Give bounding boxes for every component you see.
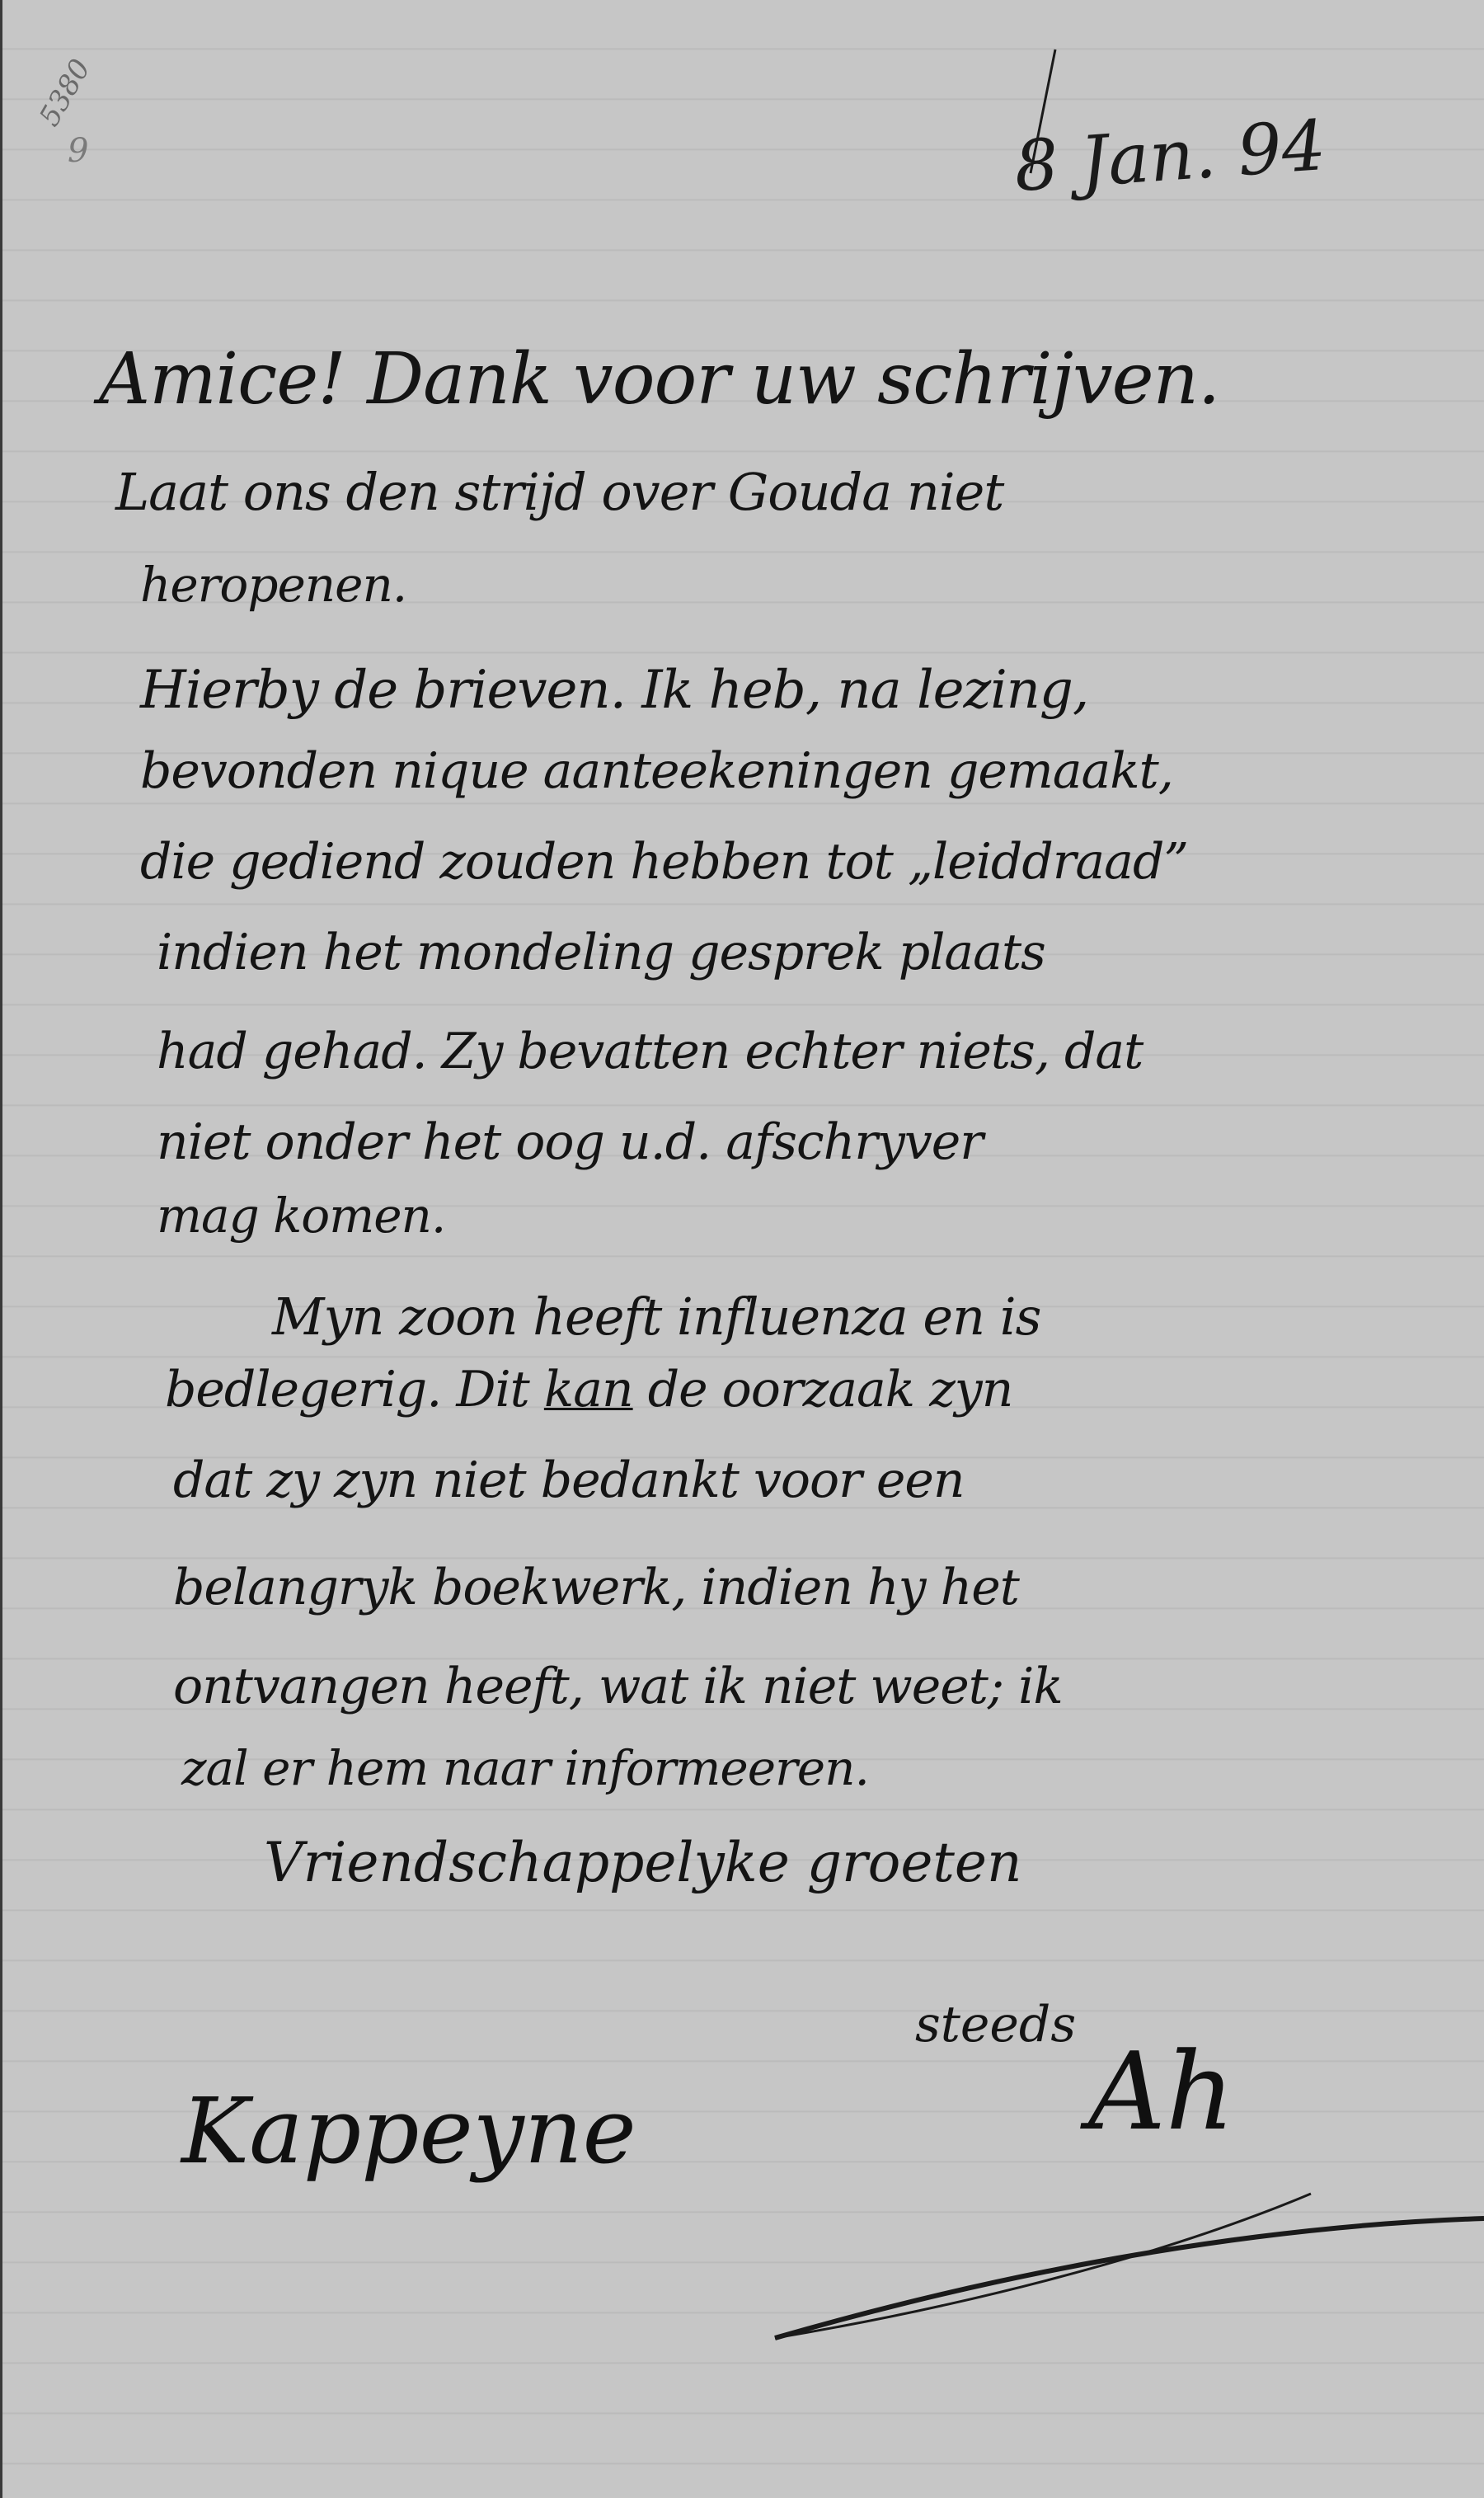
- letter-page: 5380 9 8 Jan. 94 Amice! Dank voor uw sch…: [0, 0, 1484, 2498]
- body-line: niet onder het oog u.d. afschryver: [157, 1113, 983, 1171]
- body-line: indien het mondeling gesprek plaats: [157, 924, 1045, 981]
- body-text: bedlegerig. Dit: [165, 1361, 544, 1418]
- body-line: ontvangen heeft, wat ik niet weet; ik: [173, 1658, 1063, 1715]
- body-line: Myn zoon heeft influenza en is: [272, 1287, 1040, 1347]
- page-edge: [0, 0, 2, 2498]
- letter-date: 8 Jan. 94: [1012, 105, 1328, 207]
- body-line: mag komen.: [157, 1188, 445, 1244]
- underlined-word: kan: [544, 1361, 633, 1418]
- archive-subnumber: 9: [68, 132, 88, 170]
- closing-greeting: Vriendschappelyke groeten: [264, 1831, 1022, 1894]
- archive-number: 5380: [33, 54, 97, 132]
- body-text: de oorzaak zyn: [633, 1361, 1013, 1418]
- body-line: zal er hem naar informeeren.: [181, 1740, 869, 1796]
- body-line: Hierby de brieven. Ik heb, na lezing,: [140, 660, 1088, 721]
- body-line: bevonden nique aanteekeningen gemaakt,: [140, 742, 1173, 800]
- body-line: heropenen.: [140, 557, 406, 613]
- signature-left: Kappeyne: [181, 2078, 636, 2184]
- body-line: had gehad. Zy bevatten echter niets, dat: [157, 1023, 1143, 1080]
- body-line: belangryk boekwerk, indien hy het: [173, 1559, 1019, 1616]
- salutation: Amice! Dank voor uw schrijven.: [99, 338, 1219, 421]
- body-line: die gediend zouden hebben tot „leiddraad…: [140, 833, 1188, 891]
- signature-right: Ah: [1088, 2029, 1235, 2154]
- body-line: Laat ons den strijd over Gouda niet: [115, 462, 1003, 522]
- body-line: dat zy zyn niet bedankt voor een: [173, 1451, 965, 1509]
- closing-steeds: steeds: [915, 1996, 1076, 2053]
- body-line: bedlegerig. Dit kan de oorzaak zyn: [165, 1361, 1012, 1418]
